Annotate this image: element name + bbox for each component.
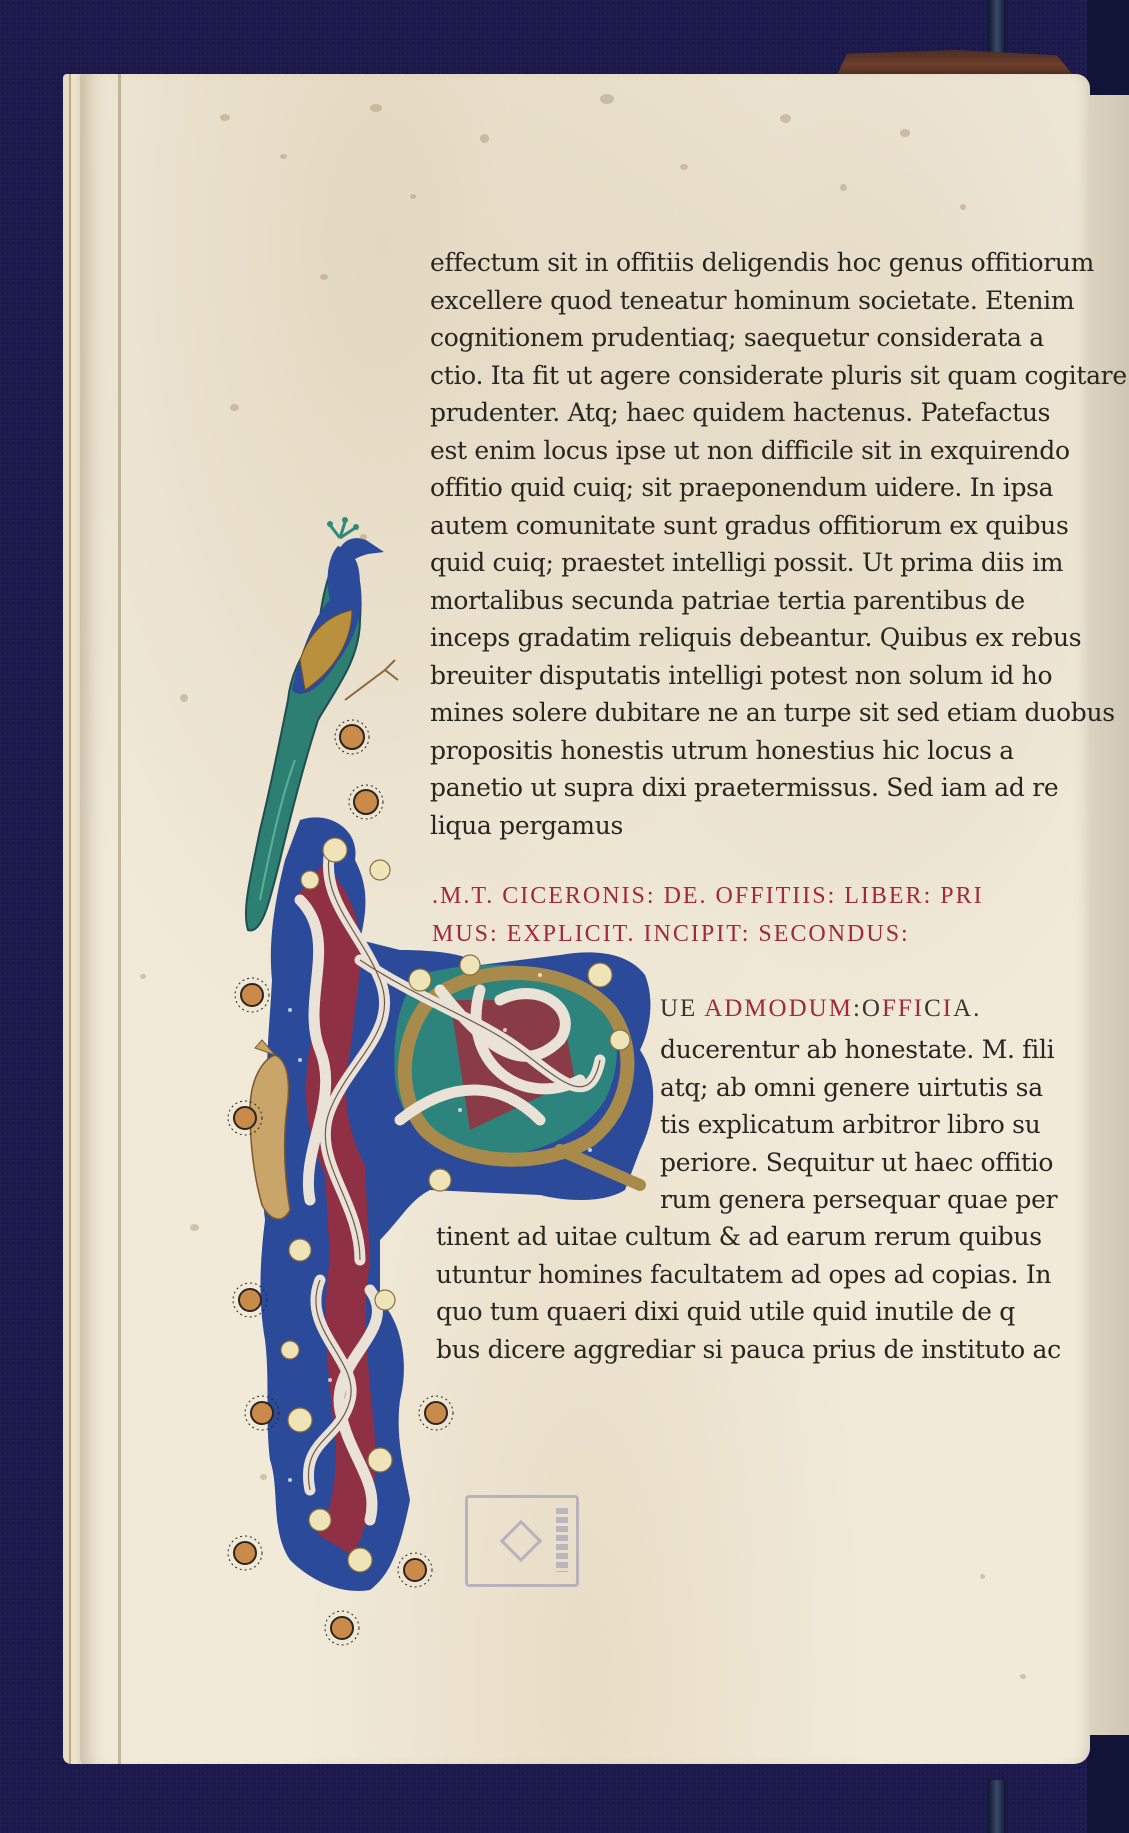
stamp-emblem-icon — [500, 1520, 542, 1562]
hound-illustration — [250, 1040, 290, 1219]
library-stamp — [465, 1495, 579, 1587]
initial-q-illumination — [260, 817, 653, 1591]
stamp-text — [556, 1508, 568, 1572]
